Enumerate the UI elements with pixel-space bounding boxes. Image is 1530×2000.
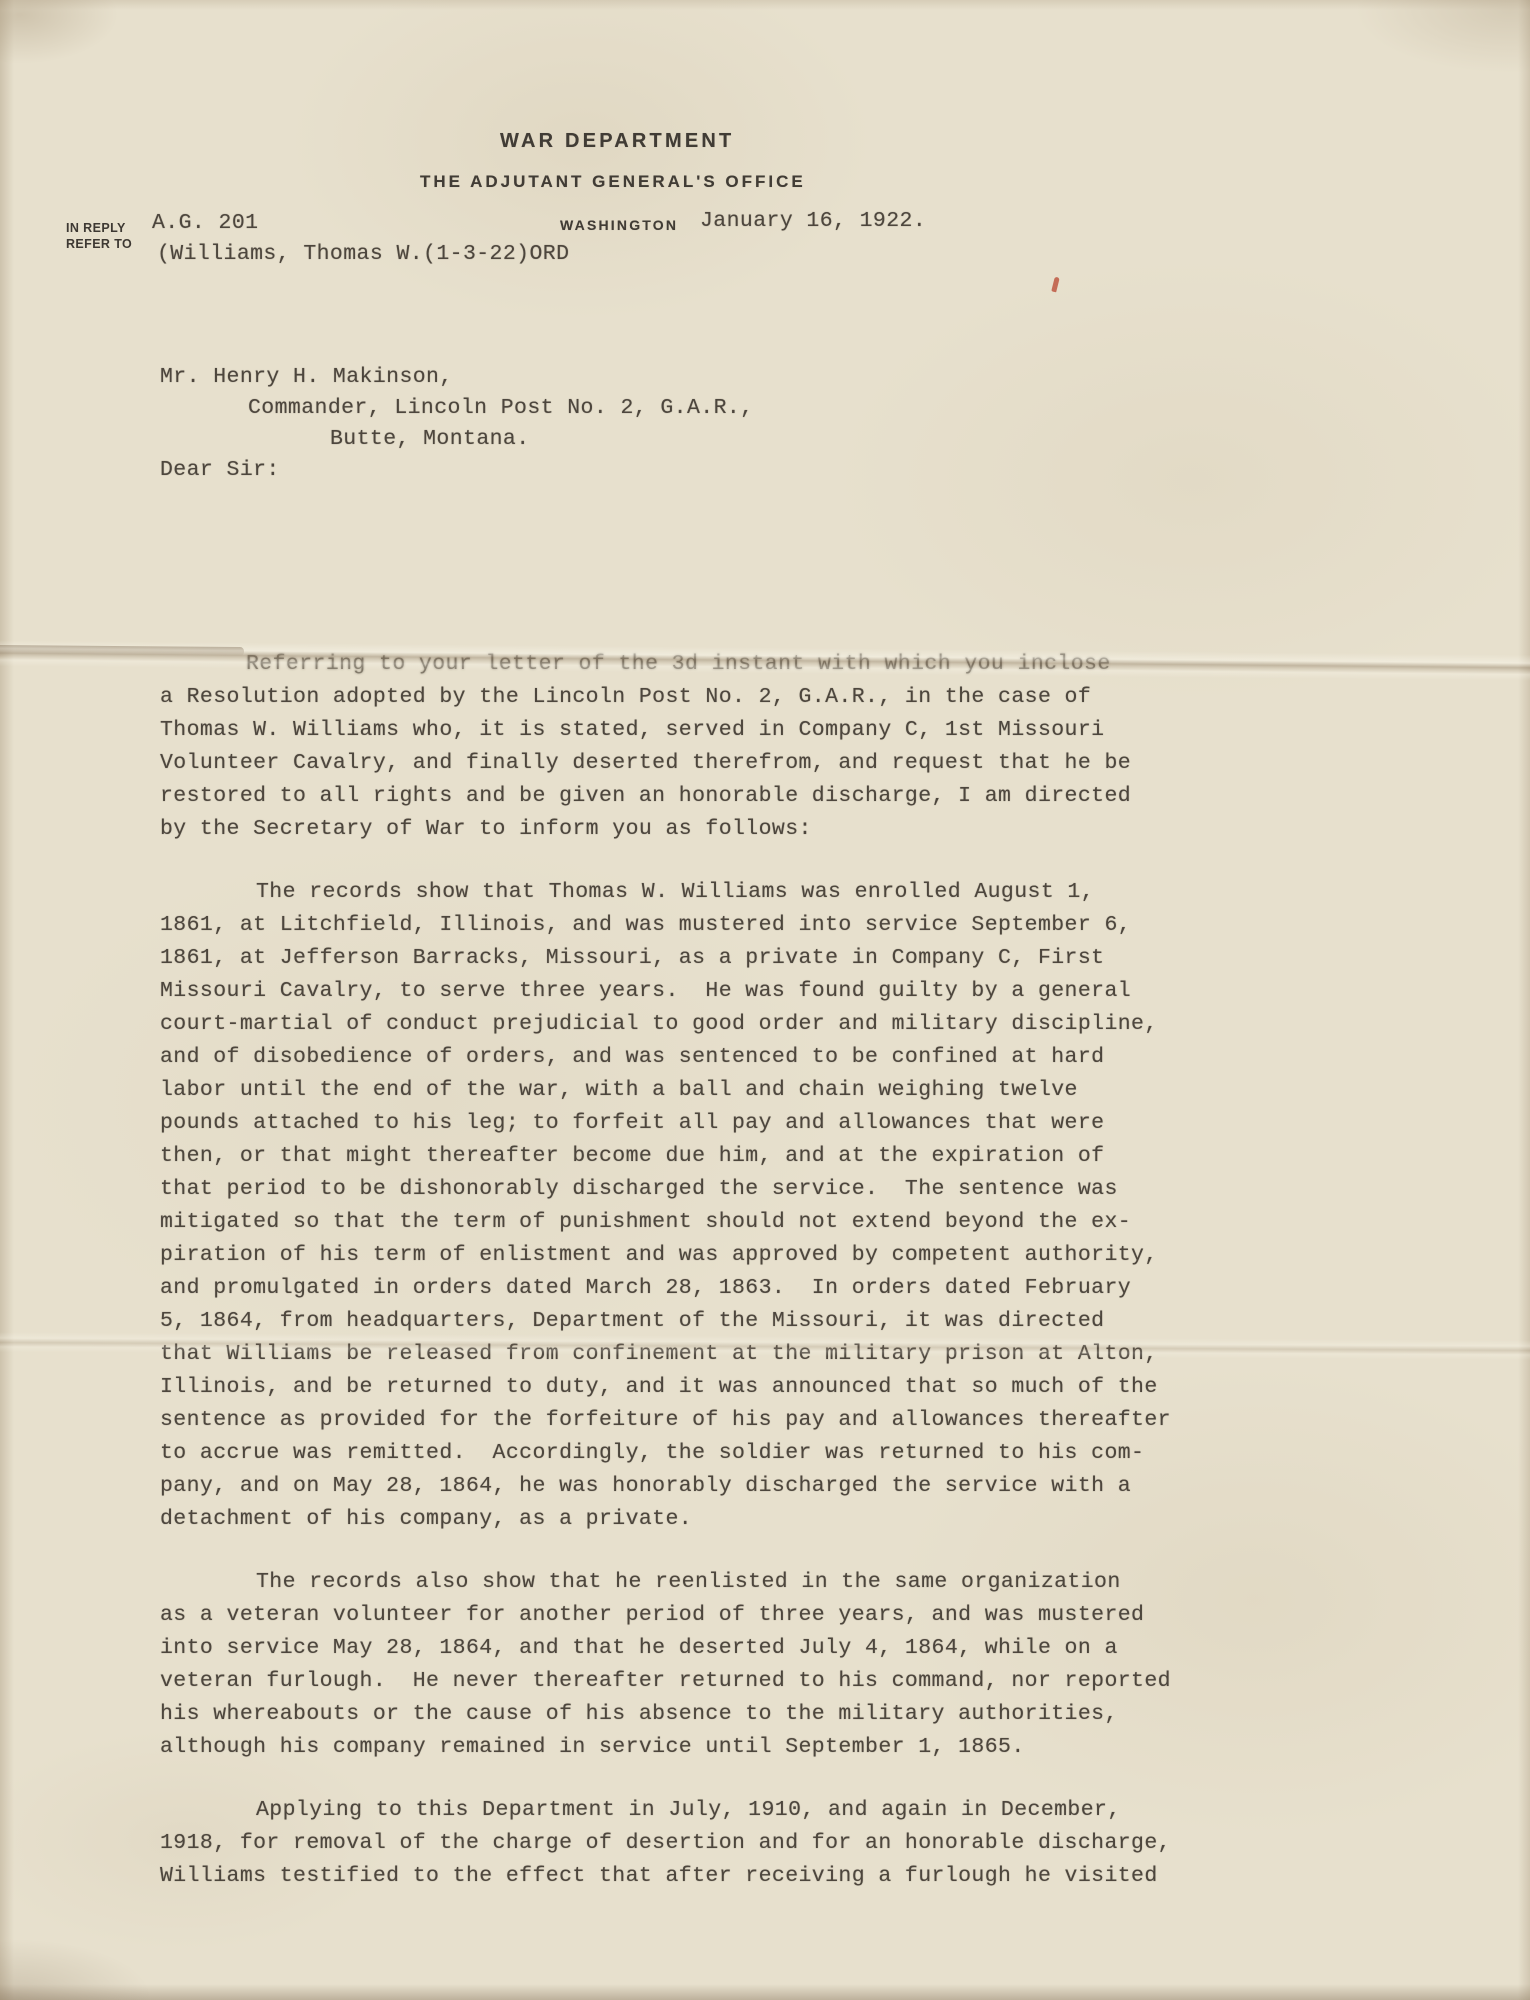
refer-to-line: REFER TO (66, 237, 132, 253)
letter-page: WAR DEPARTMENT THE ADJUTANT GENERAL'S OF… (0, 0, 1530, 2000)
letter-body: Referring to your letter of the 3d insta… (160, 648, 1420, 1923)
red-pen-mark (1051, 277, 1059, 293)
file-number: A.G. 201 (152, 211, 258, 235)
paragraph-1: Referring to your letter of the 3d insta… (160, 648, 1420, 846)
recipient-name: Mr. Henry H. Makinson, (160, 362, 753, 393)
paragraph-4: Applying to this Department in July, 191… (160, 1794, 1420, 1893)
salutation: Dear Sir: (160, 458, 280, 482)
recipient-title: Commander, Lincoln Post No. 2, G.A.R., (160, 393, 753, 424)
paragraph-1-faded-line: Referring to your letter of the 3d insta… (160, 648, 1420, 681)
paragraph-2: The records show that Thomas W. Williams… (160, 876, 1420, 1536)
recipient-city: Butte, Montana. (160, 424, 753, 455)
paragraph-1-text: a Resolution adopted by the Lincoln Post… (160, 681, 1420, 846)
in-reply-refer-to-label: IN REPLY REFER TO (66, 221, 132, 252)
file-reference: (Williams, Thomas W.(1-3-22)ORD (157, 242, 569, 266)
in-reply-line: IN REPLY (66, 221, 132, 237)
letterhead-office: THE ADJUTANT GENERAL'S OFFICE (420, 172, 806, 192)
recipient-address-block: Mr. Henry H. Makinson, Commander, Lincol… (160, 362, 753, 455)
letter-date: January 16, 1922. (700, 209, 926, 233)
washington-label: WASHINGTON (560, 217, 678, 233)
paragraph-3: The records also show that he reenlisted… (160, 1566, 1420, 1764)
letterhead-department: WAR DEPARTMENT (500, 130, 734, 153)
